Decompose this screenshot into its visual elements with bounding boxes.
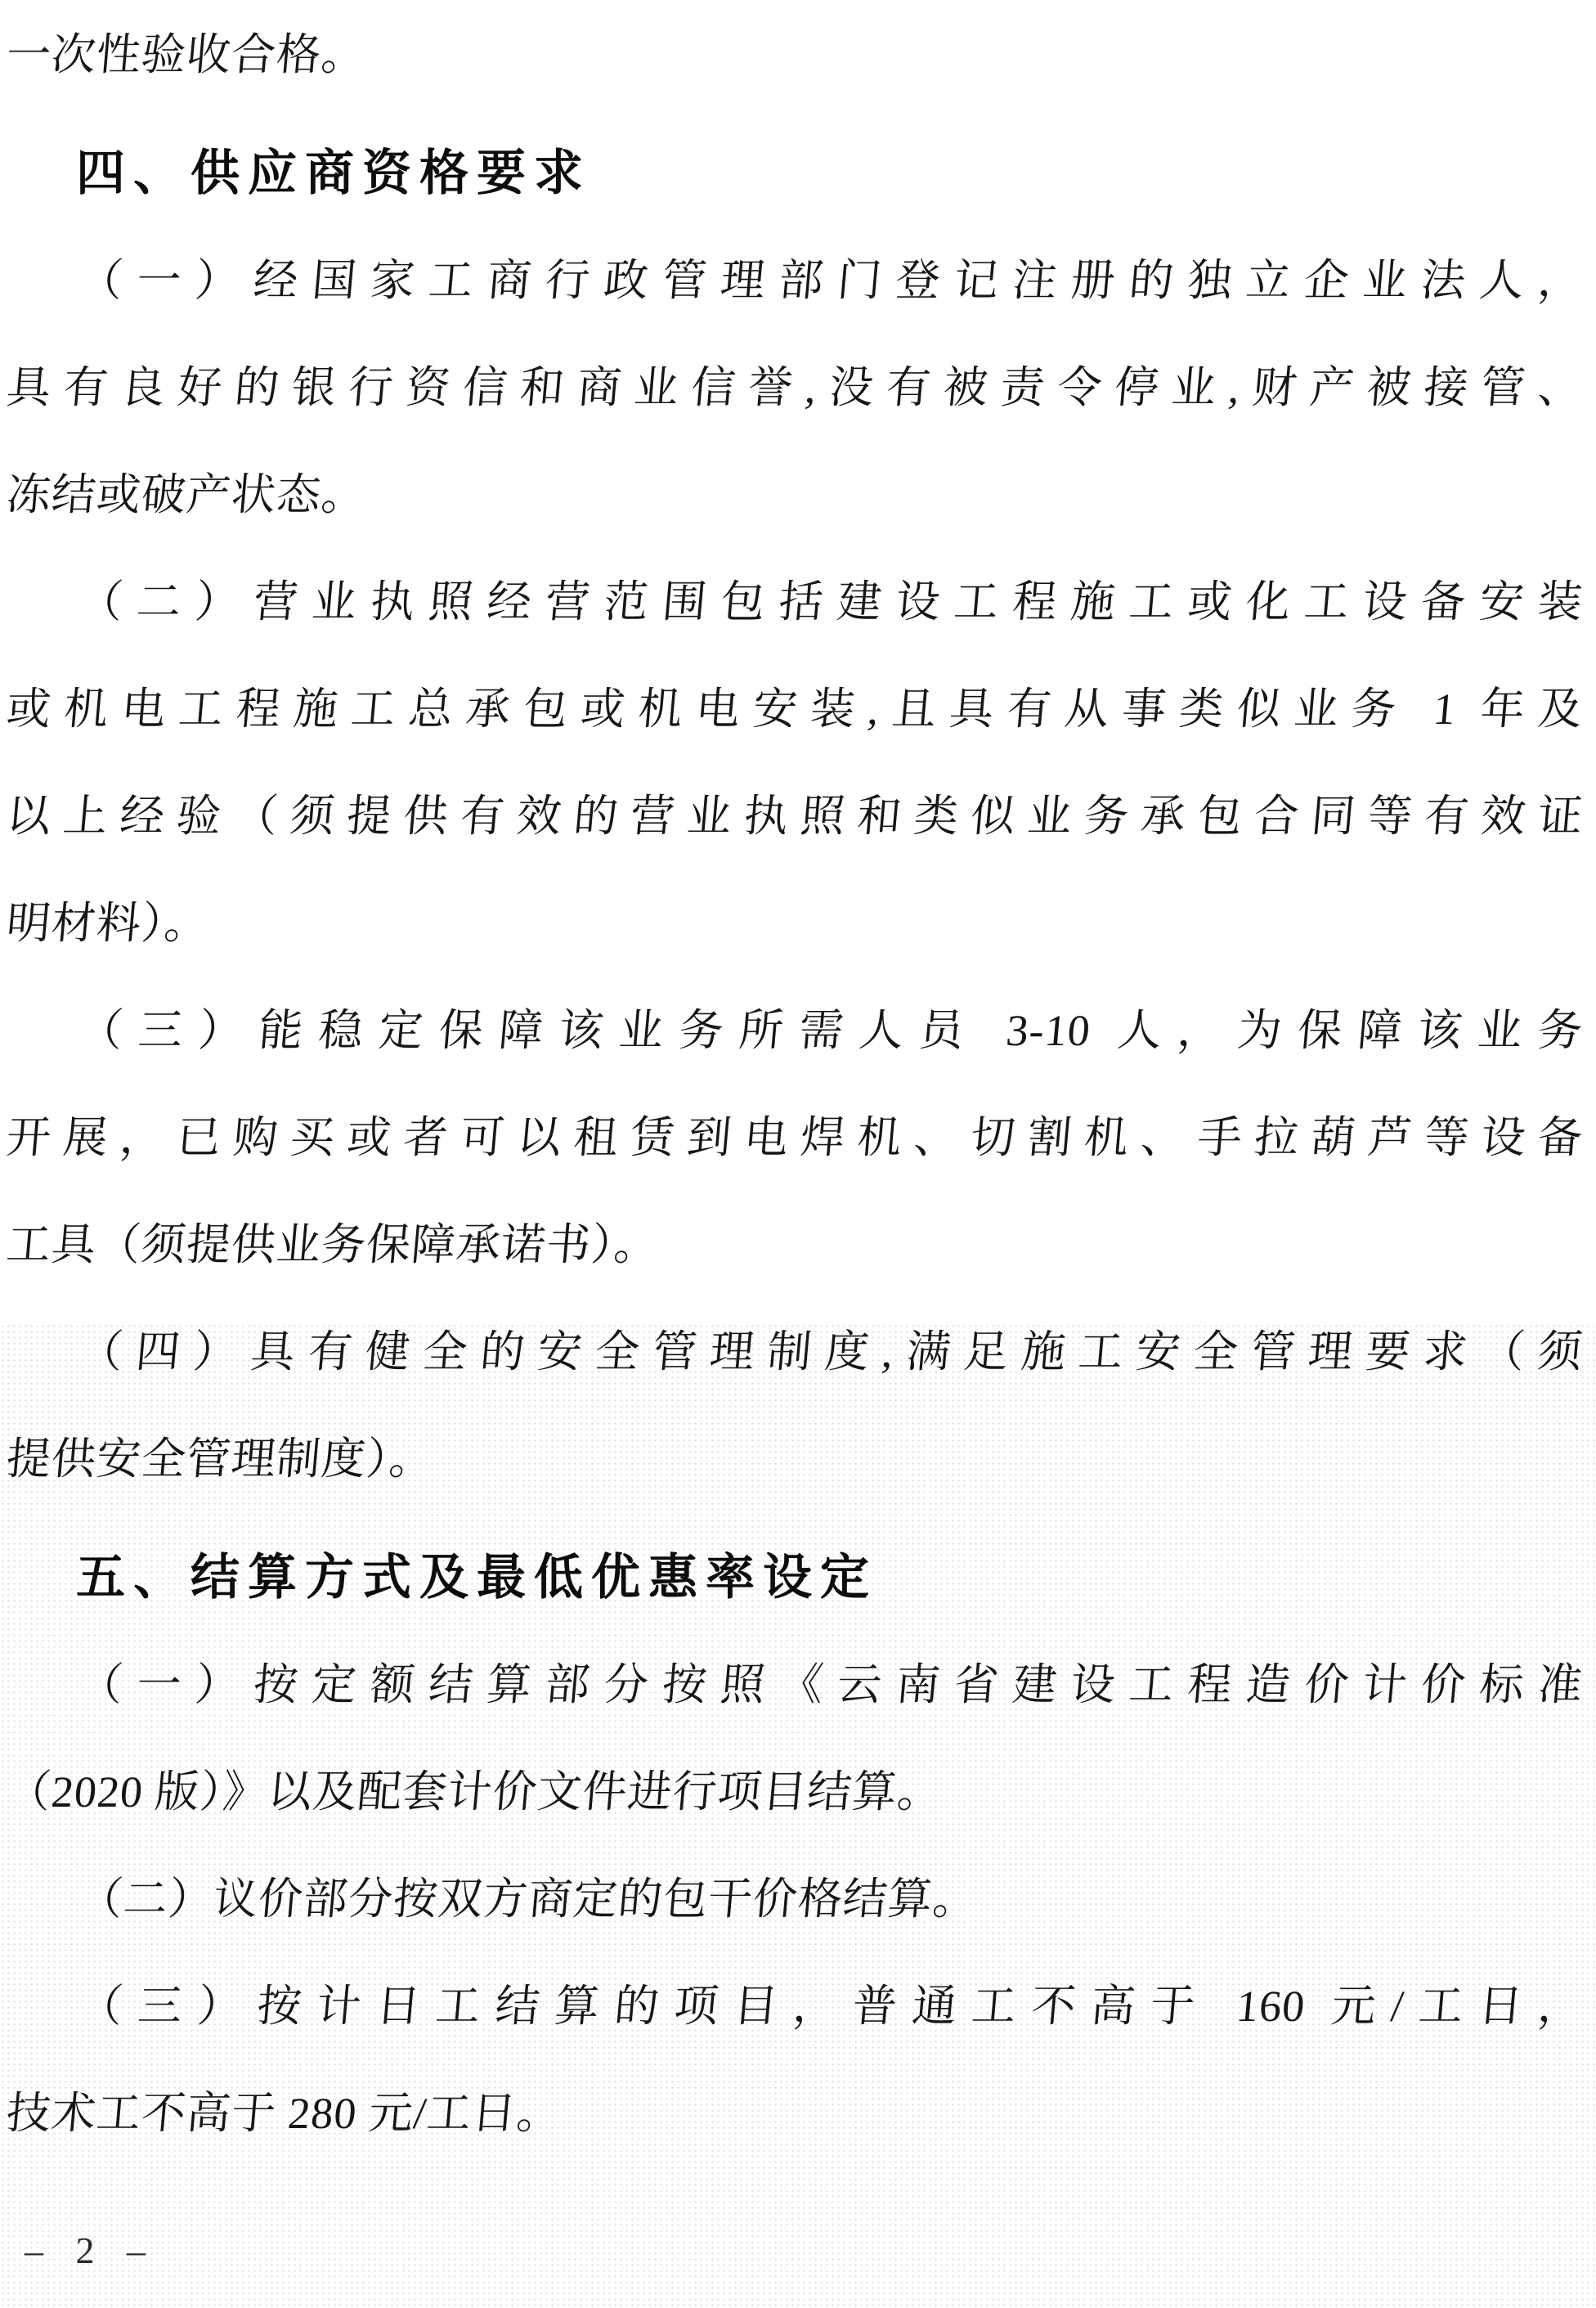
body-line: （四）具有健全的安全管理制度,满足施工安全管理要求（须 — [2, 1299, 1587, 1406]
body-line: （二）营业执照经营范围包括建设工程施工或化工设备安装 — [2, 549, 1587, 656]
body-line: 具有良好的银行资信和商业信誉,没有被责令停业,财产被接管、 — [2, 335, 1587, 442]
body-line: （二）议价部分按双方商定的包干价格结算。 — [2, 1846, 1587, 1953]
body-line: （三）按计日工结算的项目，普通工不高于 160 元/工日， — [2, 1953, 1587, 2060]
heading-supplier-qualifications: 四、供应商资格要求 — [7, 120, 1583, 227]
body-line: 提供安全管理制度）。 — [2, 1406, 1587, 1513]
heading-settlement-method: 五、结算方式及最低优惠率设定 — [7, 1524, 1583, 1632]
body-line: 明材料）。 — [2, 870, 1587, 977]
body-line: 冻结或破产状态。 — [2, 442, 1587, 549]
body-line: （一）按定额结算部分按照《云南省建设工程造价计价标准 — [2, 1632, 1587, 1739]
body-line: 技术工不高于 280 元/工日。 — [2, 2060, 1587, 2167]
body-line: 或机电工程施工总承包或机电安装,且具有从事类似业务 1 年及 — [2, 656, 1587, 763]
body-line: （2020 版）》以及配套计价文件进行项目结算。 — [2, 1739, 1587, 1846]
page-number: – 2 – — [7, 2197, 1583, 2304]
body-line: 开展，已购买或者可以租赁到电焊机、切割机、手拉葫芦等设备 — [2, 1084, 1587, 1192]
document-body: 一次性验收合格。 四、供应商资格要求 （一）经国家工商行政管理部门登记注册的独立… — [0, 0, 1596, 2304]
body-line: 一次性验收合格。 — [2, 2, 1587, 109]
body-line: （一）经国家工商行政管理部门登记注册的独立企业法人， — [2, 227, 1587, 335]
body-line: 工具（须提供业务保障承诺书）。 — [2, 1192, 1587, 1299]
scanned-document-page: 一次性验收合格。 四、供应商资格要求 （一）经国家工商行政管理部门登记注册的独立… — [0, 0, 1596, 2308]
body-line: 以上经验（须提供有效的营业执照和类似业务承包合同等有效证 — [2, 763, 1587, 870]
body-line: （三）能稳定保障该业务所需人员 3-10 人，为保障该业务 — [2, 977, 1587, 1084]
